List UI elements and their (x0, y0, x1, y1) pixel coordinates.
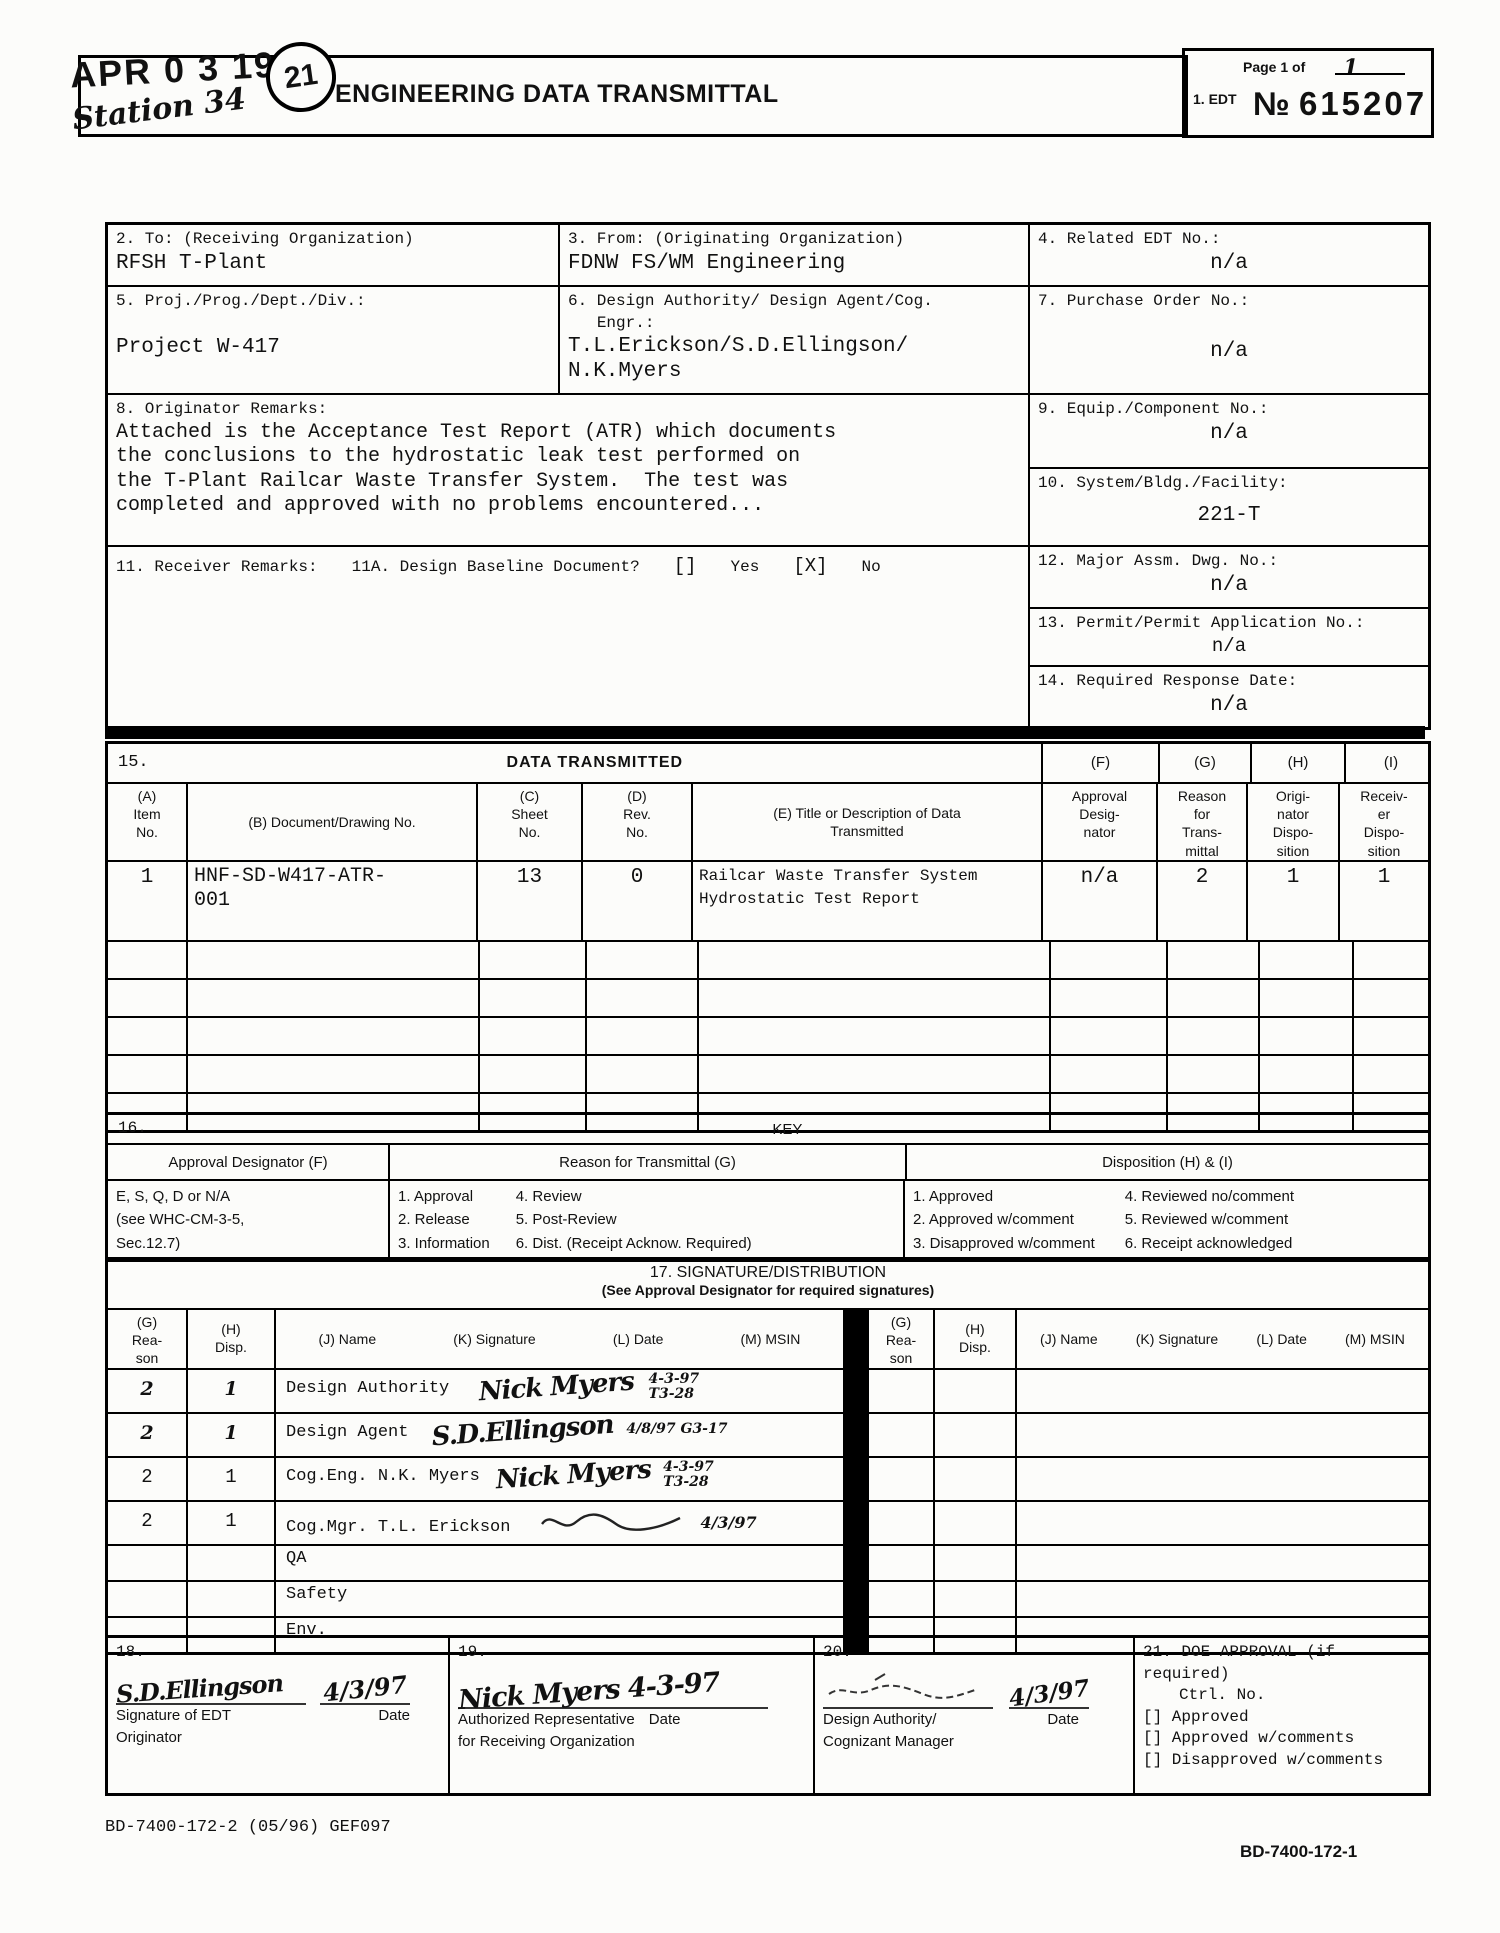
empty-cell (108, 1546, 186, 1580)
empty-cell (1166, 1056, 1258, 1092)
field-major-assm-label: 12. Major Assm. Dwg. No.: (1038, 551, 1420, 573)
field-baseline-label: 11A. Design Baseline Document? (352, 557, 640, 579)
key-col1-header: Approval Designator (F) (108, 1154, 388, 1171)
t15-header-rev: (D) Rev. No. (581, 784, 691, 860)
empty-cell (108, 980, 186, 1016)
empty-cell (1049, 1018, 1166, 1054)
page-count-value: 1 (1343, 55, 1358, 81)
field-project: 5. Proj./Prog./Dept./Div.: Project W-417 (108, 287, 558, 393)
field-purchase-order-label: 7. Purchase Order No.: (1038, 291, 1420, 313)
originator-date-label: Date (378, 1705, 410, 1728)
sig-role-name: Design Authority (286, 1370, 449, 1412)
empty-cell (478, 980, 585, 1016)
sig-header-signature: (K) Signature (453, 1331, 535, 1347)
field-equip-label: 9. Equip./Component No.: (1038, 399, 1420, 421)
handwritten-signature: Nick Myers (495, 1458, 653, 1500)
form-number-footer-right: BD-7400-172-1 (1240, 1842, 1357, 1862)
originator-signature-label-2: Originator (116, 1727, 440, 1750)
key-col2-list-a: 1. Approval 2. Release 3. Information (398, 1185, 490, 1255)
signature-date-msin: 4/3/97 (700, 1515, 756, 1532)
empty-cell (1049, 1056, 1166, 1092)
empty-cell (933, 1414, 1015, 1456)
table-row-empty (108, 940, 1428, 978)
key-col3-header: Disposition (H) & (I) (905, 1145, 1428, 1179)
field-related-edt: 4. Related EDT No.: n/a (1028, 225, 1428, 285)
key-col2-header: Reason for Transmittal (G) (388, 1145, 905, 1179)
empty-cell (1049, 980, 1166, 1016)
empty-cell (186, 1582, 274, 1616)
field-major-assm-value: n/a (1038, 573, 1420, 598)
sig-header-date: (L) Date (1256, 1331, 1307, 1347)
field-permit-label: 13. Permit/Permit Application No.: (1038, 613, 1420, 635)
key-col2-list-b: 4. Review 5. Post-Review 6. Dist. (Recei… (516, 1185, 752, 1255)
t15-approval: n/a (1041, 862, 1156, 940)
t15-header-orig: Origi- nator Dispo- sition (1246, 784, 1338, 860)
empty-cell (1166, 942, 1258, 978)
sig-role-name: QA (286, 1546, 306, 1568)
field-project-label: 5. Proj./Prog./Dept./Div.: (116, 291, 550, 313)
t15-header-approval: Approval Desig- nator (1041, 784, 1156, 860)
empty-cell (1258, 1018, 1352, 1054)
empty-cell (186, 1056, 478, 1092)
empty-cell (869, 1370, 933, 1412)
field-originator-remarks-label: 8. Originator Remarks: (116, 399, 1020, 421)
empty-cell (697, 980, 1049, 1016)
t15-header-reason: Reason for Trans- mittal (1156, 784, 1246, 860)
t15-orig-disp: 1 (1246, 862, 1338, 940)
design-authority-date: 4/3/97 (1008, 1674, 1092, 1712)
section-18-number: 18. (116, 1642, 440, 1664)
empty-cell (1015, 1546, 1428, 1580)
sig-row-cog-mgr: 2 1 Cog.Mgr. T.L. Erickson 4/3/97 (108, 1500, 843, 1544)
empty-cell (186, 1546, 274, 1580)
header-edt-box: Page 1 of 1 1. EDT № 615207 (1182, 48, 1434, 138)
field-purchase-order-value: n/a (1038, 339, 1420, 364)
info-table: 2. To: (Receiving Organization) RFSH T-P… (105, 222, 1431, 730)
key-col3-list-a: 1. Approved 2. Approved w/comment 3. Dis… (913, 1185, 1095, 1255)
empty-cell (1258, 1056, 1352, 1092)
empty-cell (869, 1582, 933, 1616)
empty-cell (1352, 942, 1444, 978)
empty-cell (186, 942, 478, 978)
field-response-date: 14. Required Response Date: n/a (1030, 665, 1428, 727)
sig-header-name-line: (J) Name (K) Signature (L) Date (M) MSIN (274, 1310, 843, 1368)
empty-cell (108, 1018, 186, 1054)
sig-row-empty (869, 1544, 1428, 1580)
edt-label: 1. EDT (1193, 91, 1237, 107)
originator-signature-label-1: Signature of EDT (116, 1705, 231, 1728)
doe-approved-comments-option: [] Approved w/comments (1143, 1728, 1420, 1750)
sig-row-design-agent: 2 1 Design Agent S.D.Ellingson 4/8/97 G3… (108, 1412, 843, 1456)
sig-header-signature: (K) Signature (1136, 1331, 1218, 1347)
sig-disp: 1 (186, 1414, 274, 1456)
field-receiver-remarks-label: 11. Receiver Remarks: (116, 557, 318, 579)
empty-cell (585, 1018, 697, 1054)
sig-right-half: (G) Rea- son (H) Disp. (J) Name (K) Sign… (869, 1310, 1428, 1652)
t15-letter-g: (G) (1158, 744, 1250, 782)
form-number-footer-left: BD-7400-172-2 (05/96) GEF097 (105, 1818, 391, 1837)
originator-signature: S.D.Ellingson (115, 1668, 284, 1709)
empty-cell (1015, 1458, 1428, 1500)
field-originator-remarks-value: Attached is the Acceptance Test Report (… (116, 421, 1020, 519)
sig-header-disp: (H) Disp. (933, 1310, 1015, 1368)
empty-cell (697, 942, 1049, 978)
sig-left-half: (G) Rea- son (H) Disp. (J) Name (K) Sign… (108, 1310, 843, 1652)
empty-cell (478, 1018, 585, 1054)
originator-date: 4/3/97 (322, 1669, 409, 1707)
t15-rev-no: 0 (581, 862, 691, 940)
field-permit: 13. Permit/Permit Application No.: n/a (1030, 607, 1428, 665)
section-20-design-authority: 20. 4/3/97 Design Authority/ Date Cogniz… (813, 1638, 1133, 1793)
sig-reason: 2 (108, 1458, 186, 1500)
sig-header-name: (J) Name (1040, 1331, 1098, 1347)
field-system-label: 10. System/Bldg./Facility: (1038, 473, 1420, 495)
sig-role-name: Cog.Mgr. T.L. Erickson (286, 1509, 510, 1537)
baseline-yes-checkbox: [] (674, 555, 697, 578)
t15-header-sheet: (C) Sheet No. (476, 784, 581, 860)
empty-cell (186, 980, 478, 1016)
t15-header-item: (A) Item No. (108, 784, 186, 860)
sig-name-cell: QA (274, 1546, 843, 1580)
t15-doc-no: HNF-SD-W417-ATR- 001 (186, 862, 476, 940)
empty-cell (1258, 942, 1352, 978)
table-row: 1 HNF-SD-W417-ATR- 001 13 0 Railcar Wast… (108, 860, 1428, 940)
design-authority-label-2: Cognizant Manager (823, 1731, 1125, 1754)
sig-title-block: 17. SIGNATURE/DISTRIBUTION (See Approval… (108, 1260, 1428, 1308)
table-row-empty (108, 1054, 1428, 1092)
field-to-value: RFSH T-Plant (116, 251, 550, 276)
field-design-authority: 6. Design Authority/ Design Agent/Cog. E… (558, 287, 1028, 393)
page-count-underline (1335, 73, 1405, 75)
doe-disapproved-option: [] Disapproved w/comments (1143, 1750, 1420, 1772)
sig-disp: 1 (186, 1458, 274, 1500)
signature-scribble (536, 1508, 686, 1539)
form-title: ENGINEERING DATA TRANSMITTAL (335, 80, 779, 109)
sig-header-msin: (M) MSIN (741, 1331, 801, 1347)
t15-section-no: 15. (108, 752, 149, 775)
edt-form-page: ENGINEERING DATA TRANSMITTAL Page 1 of 1… (0, 0, 1500, 1933)
empty-cell (1352, 1018, 1444, 1054)
field-to: 2. To: (Receiving Organization) RFSH T-P… (108, 225, 558, 285)
page-of-label: Page 1 of (1243, 59, 1305, 75)
field-major-assm: 12. Major Assm. Dwg. No.: n/a (1030, 547, 1428, 607)
field-originator-remarks: 8. Originator Remarks: Attached is the A… (108, 395, 1028, 545)
right-stack-12-14: 12. Major Assm. Dwg. No.: n/a 13. Permit… (1028, 547, 1428, 727)
authorized-rep-date-label: Date (649, 1709, 681, 1732)
signature-date-msin: 4/8/97 G3-17 (626, 1422, 727, 1456)
sig-name-cell: Cog.Mgr. T.L. Erickson 4/3/97 (274, 1502, 843, 1544)
empty-cell (1352, 980, 1444, 1016)
empty-cell (933, 1370, 1015, 1412)
sig-row-empty (869, 1412, 1428, 1456)
empty-cell (869, 1458, 933, 1500)
table-row-empty (108, 1016, 1428, 1054)
empty-cell (1015, 1370, 1428, 1412)
key-col2-content: 1. Approval 2. Release 3. Information 4.… (388, 1181, 903, 1259)
field-system: 10. System/Bldg./Facility: 221-T (1030, 467, 1428, 545)
key-col3-list-b: 4. Reviewed no/comment 5. Reviewed w/com… (1125, 1185, 1294, 1255)
empty-cell (933, 1582, 1015, 1616)
sig-role-name: Cog.Eng. N.K. Myers (286, 1458, 480, 1500)
field-design-authority-label: 6. Design Authority/ Design Agent/Cog. E… (568, 291, 1020, 334)
baseline-no-checkbox: [X] (793, 555, 827, 578)
section-19-authorized-rep: 19. Nick Myers 4-3-97 Authorized Represe… (448, 1638, 813, 1793)
field-permit-value: n/a (1038, 635, 1420, 658)
field-related-edt-label: 4. Related EDT No.: (1038, 229, 1420, 251)
sig-subtitle: (See Approval Designator for required si… (108, 1282, 1428, 1298)
sig-row-empty (869, 1580, 1428, 1616)
sig-header-reason: (G) Rea- son (869, 1310, 933, 1368)
doe-approved-option: [] Approved (1143, 1707, 1420, 1729)
signature-distribution-table: 17. SIGNATURE/DISTRIBUTION (See Approval… (105, 1257, 1431, 1655)
field-receiver-remarks: 11. Receiver Remarks: 11A. Design Baseli… (108, 547, 1028, 727)
data-transmitted-table: 15. DATA TRANSMITTED (F) (G) (H) (I) (A)… (105, 741, 1431, 1133)
empty-cell (1015, 1582, 1428, 1616)
edt-number: 615207 (1299, 85, 1427, 122)
empty-cell (1166, 1018, 1258, 1054)
empty-cell (697, 1056, 1049, 1092)
key-table: 16. KEY Approval Designator (F) Reason f… (105, 1112, 1431, 1262)
baseline-yes-label: Yes (731, 557, 760, 579)
empty-cell (869, 1414, 933, 1456)
sig-header-msin: (M) MSIN (1345, 1331, 1405, 1347)
empty-cell (697, 1018, 1049, 1054)
baseline-no-label: No (862, 557, 881, 579)
sig-header-reason: (G) Rea- son (108, 1310, 186, 1368)
t15-item-no: 1 (108, 862, 186, 940)
sig-row-empty (869, 1500, 1428, 1544)
handwritten-signature: Nick Myers (478, 1370, 636, 1412)
sig-name-cell: Design Authority Nick Myers 4-3-97 T3-28 (274, 1370, 843, 1412)
field-system-value: 221-T (1038, 503, 1420, 528)
sig-header-name-line: (J) Name (K) Signature (L) Date (M) MSIN (1015, 1310, 1428, 1368)
sig-name-cell: Safety (274, 1582, 843, 1616)
design-authority-label-1: Design Authority/ (823, 1709, 936, 1732)
empty-cell (1166, 980, 1258, 1016)
sig-disp: 1 (186, 1370, 274, 1412)
empty-cell (108, 1056, 186, 1092)
t15-reason: 2 (1156, 862, 1246, 940)
sig-header-date: (L) Date (613, 1331, 664, 1347)
sig-disp: 1 (186, 1502, 274, 1544)
section-19-number: 19. (458, 1642, 805, 1664)
t15-title-desc: Railcar Waste Transfer System Hydrostati… (691, 862, 1041, 940)
key-col3-content: 1. Approved 2. Approved w/comment 3. Dis… (903, 1181, 1428, 1259)
field-project-value: Project W-417 (116, 335, 550, 360)
field-purchase-order: 7. Purchase Order No.: n/a (1028, 287, 1428, 393)
doe-approval-title: 21. DOE APPROVAL (if required) (1143, 1642, 1420, 1685)
table-row-empty (108, 978, 1428, 1016)
t15-sheet-no: 13 (476, 862, 581, 940)
signature-date-msin: 4-3-97 T3-28 (649, 1372, 700, 1412)
empty-cell (585, 1056, 697, 1092)
field-equip-value: n/a (1038, 421, 1420, 446)
field-from: 3. From: (Originating Organization) FDNW… (558, 225, 1028, 285)
right-stack-9-10: 9. Equip./Component No.: n/a 10. System/… (1028, 395, 1428, 545)
sig-row-empty (869, 1368, 1428, 1412)
sig-title: 17. SIGNATURE/DISTRIBUTION (108, 1264, 1428, 1282)
sig-row-design-authority: 2 1 Design Authority Nick Myers 4-3-97 T… (108, 1368, 843, 1412)
page-count-label: Page 1 of (1243, 59, 1305, 75)
field-design-authority-value: T.L.Erickson/S.D.Ellingson/ N.K.Myers (568, 334, 1020, 384)
section-20-number: 20. (823, 1642, 1125, 1664)
t15-header-title: (E) Title or Description of Data Transmi… (691, 784, 1041, 860)
empty-cell (585, 942, 697, 978)
sig-name-cell: Cog.Eng. N.K. Myers Nick Myers 4-3-97 T3… (274, 1458, 843, 1500)
sig-header-disp: (H) Disp. (186, 1310, 274, 1368)
edt-number-line: № 615207 (1253, 85, 1427, 123)
t15-letter-f: (F) (1041, 744, 1158, 782)
empty-cell (1015, 1414, 1428, 1456)
section-18-originator: 18. S.D.Ellingson 4/3/97 Signature of ED… (108, 1638, 448, 1793)
field-to-label: 2. To: (Receiving Organization) (116, 229, 550, 251)
signature-date-msin: 4-3-97 T3-28 (663, 1460, 714, 1500)
t15-strip: 15. DATA TRANSMITTED (108, 744, 1041, 782)
empty-cell (933, 1458, 1015, 1500)
edt-no-symbol: № (1253, 85, 1290, 122)
t15-recv-disp: 1 (1338, 862, 1428, 940)
key-title: KEY (147, 1121, 1428, 1138)
doe-approval-ctrl-no: Ctrl. No. (1143, 1685, 1420, 1707)
field-from-value: FDNW FS/WM Engineering (568, 251, 1020, 276)
empty-cell (933, 1546, 1015, 1580)
sig-row-cog-eng: 2 1 Cog.Eng. N.K. Myers Nick Myers 4-3-9… (108, 1456, 843, 1500)
field-response-date-value: n/a (1038, 693, 1420, 718)
design-authority-date-label: Date (1047, 1709, 1079, 1732)
field-from-label: 3. From: (Originating Organization) (568, 229, 1020, 251)
empty-cell (478, 942, 585, 978)
empty-cell (1049, 942, 1166, 978)
section-divider-bar (105, 726, 1425, 739)
empty-cell (585, 980, 697, 1016)
authorized-rep-label-2: for Receiving Organization (458, 1731, 805, 1754)
t15-header-recv: Receiv- er Dispo- sition (1338, 784, 1428, 860)
empty-cell (869, 1546, 933, 1580)
sig-header-name: (J) Name (319, 1331, 377, 1347)
sig-name-cell: Design Agent S.D.Ellingson 4/8/97 G3-17 (274, 1414, 843, 1456)
empty-cell (1258, 980, 1352, 1016)
handwritten-signature: S.D.Ellingson (431, 1414, 615, 1456)
sig-row-qa: QA (108, 1544, 843, 1580)
field-equip: 9. Equip./Component No.: n/a (1030, 395, 1428, 467)
design-authority-signature-scribble (823, 1672, 993, 1709)
sig-reason: 2 (108, 1414, 186, 1456)
field-related-edt-value: n/a (1038, 251, 1420, 276)
empty-cell (1015, 1502, 1428, 1544)
field-response-date-label: 14. Required Response Date: (1038, 671, 1420, 693)
approval-signature-row: 18. S.D.Ellingson 4/3/97 Signature of ED… (105, 1635, 1431, 1796)
t15-header-doc: (B) Document/Drawing No. (186, 784, 476, 860)
empty-cell (1352, 1056, 1444, 1092)
empty-cell (108, 942, 186, 978)
t15-letter-h: (H) (1250, 744, 1344, 782)
empty-cell (478, 1056, 585, 1092)
sig-role-name: Safety (286, 1582, 347, 1604)
sig-reason: 2 (108, 1502, 186, 1544)
signature-table-divider-bar (843, 1310, 869, 1652)
key-section-no: 16. (108, 1118, 147, 1140)
t15-letter-i: (I) (1344, 744, 1436, 782)
key-col1-content: E, S, Q, D or N/A (see WHC-CM-3-5, Sec.1… (108, 1181, 388, 1259)
sig-role-name: Design Agent (286, 1414, 408, 1456)
empty-cell (108, 1582, 186, 1616)
section-21-doe-approval: 21. DOE APPROVAL (if required) Ctrl. No.… (1133, 1638, 1428, 1793)
sig-row-safety: Safety (108, 1580, 843, 1616)
empty-cell (869, 1502, 933, 1544)
empty-cell (186, 1018, 478, 1054)
empty-cell (933, 1502, 1015, 1544)
t15-title: DATA TRANSMITTED (149, 754, 1041, 772)
sig-row-empty (869, 1456, 1428, 1500)
sig-reason: 2 (108, 1370, 186, 1412)
